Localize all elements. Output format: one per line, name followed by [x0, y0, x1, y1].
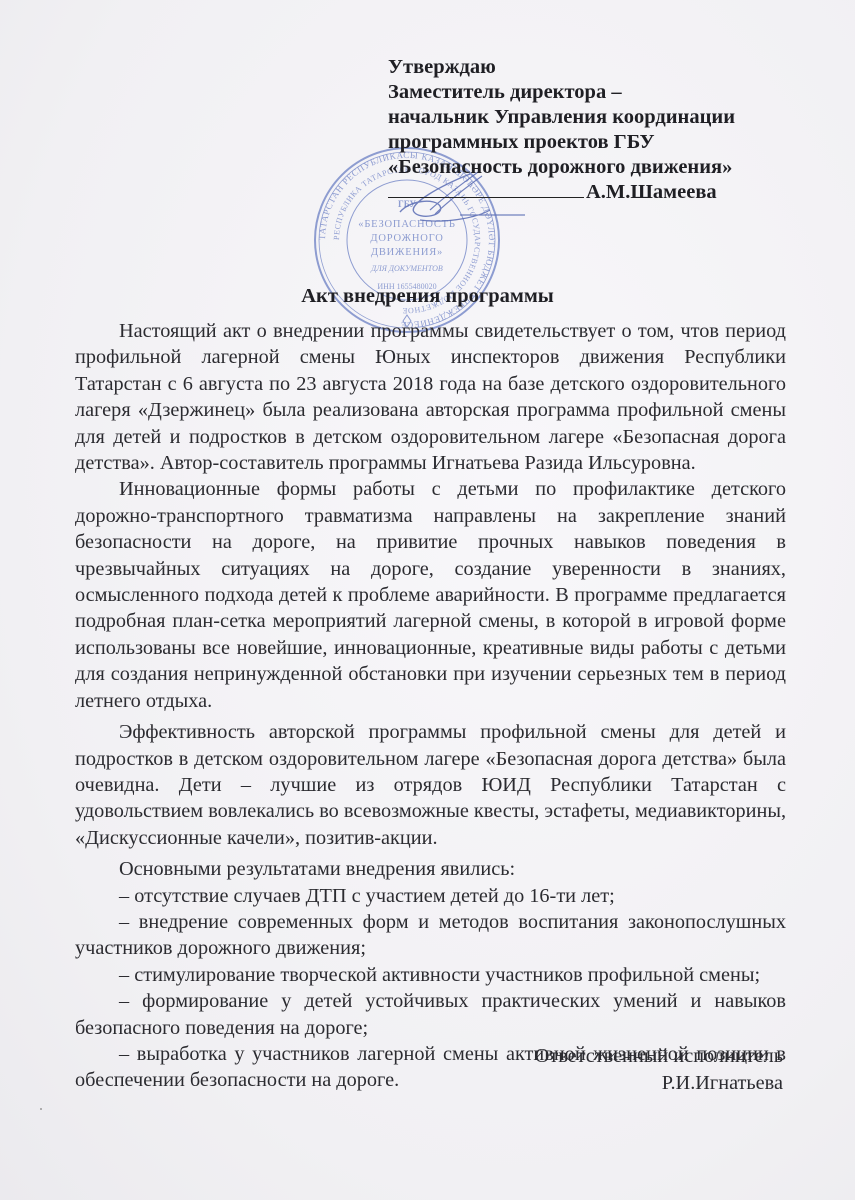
result-item: – отсутствие случаев ДТП с участием дете…	[75, 883, 786, 909]
result-item: – внедрение современных форм и методов в…	[75, 909, 786, 962]
paragraph-intro: Настоящий акт о внедрении программы свид…	[75, 318, 786, 476]
result-item: – формирование у детей устойчивых практи…	[75, 988, 786, 1041]
svg-text:ДЛЯ ДОКУМЕНТОВ: ДЛЯ ДОКУМЕНТОВ	[370, 264, 443, 273]
document-title: Акт внедрения программы	[0, 285, 855, 308]
result-item: – стимулирование творческой активности у…	[75, 962, 786, 988]
paragraph-effectiveness: Эффективность авторской программы профил…	[75, 719, 786, 851]
approver-name: А.М.Шамеева	[586, 181, 717, 203]
svg-text:«БЕЗОПАСНОСТЬ: «БЕЗОПАСНОСТЬ	[358, 219, 455, 230]
responsible-name: Р.И.Игнатьева	[535, 1070, 783, 1097]
results-heading: Основными результатами внедрения явились…	[75, 856, 786, 882]
approver-organization: «Безопасность дорожного движения»	[388, 155, 735, 180]
approval-block: Утверждаю Заместитель директора – началь…	[388, 55, 735, 205]
document-page: ТАТАРСТАН РЕСПУБЛИКАСЫ КАЗАН ШӘҺӘРЕ ДӘҮЛ…	[0, 0, 855, 1200]
svg-text:ДВИЖЕНИЯ»: ДВИЖЕНИЯ»	[371, 247, 443, 258]
approver-signature-row: А.М.Шамеева	[388, 180, 735, 205]
approval-heading: Утверждаю	[388, 55, 735, 80]
scan-speck	[40, 1108, 42, 1110]
approver-position-line3: программных проектов ГБУ	[388, 130, 735, 155]
document-body: Настоящий акт о внедрении программы свид…	[75, 318, 786, 1094]
signature-line	[388, 183, 584, 198]
signoff-block: Ответственный исполнитель Р.И.Игнатьева	[535, 1043, 783, 1097]
svg-text:ДОРОЖНОГО: ДОРОЖНОГО	[370, 233, 443, 244]
responsible-role: Ответственный исполнитель	[535, 1043, 783, 1070]
paragraph-innovative-forms: Инновационные формы работы с детьми по п…	[75, 476, 786, 714]
approver-position-line2: начальник Управления координации	[388, 105, 735, 130]
approver-position-line1: Заместитель директора –	[388, 80, 735, 105]
